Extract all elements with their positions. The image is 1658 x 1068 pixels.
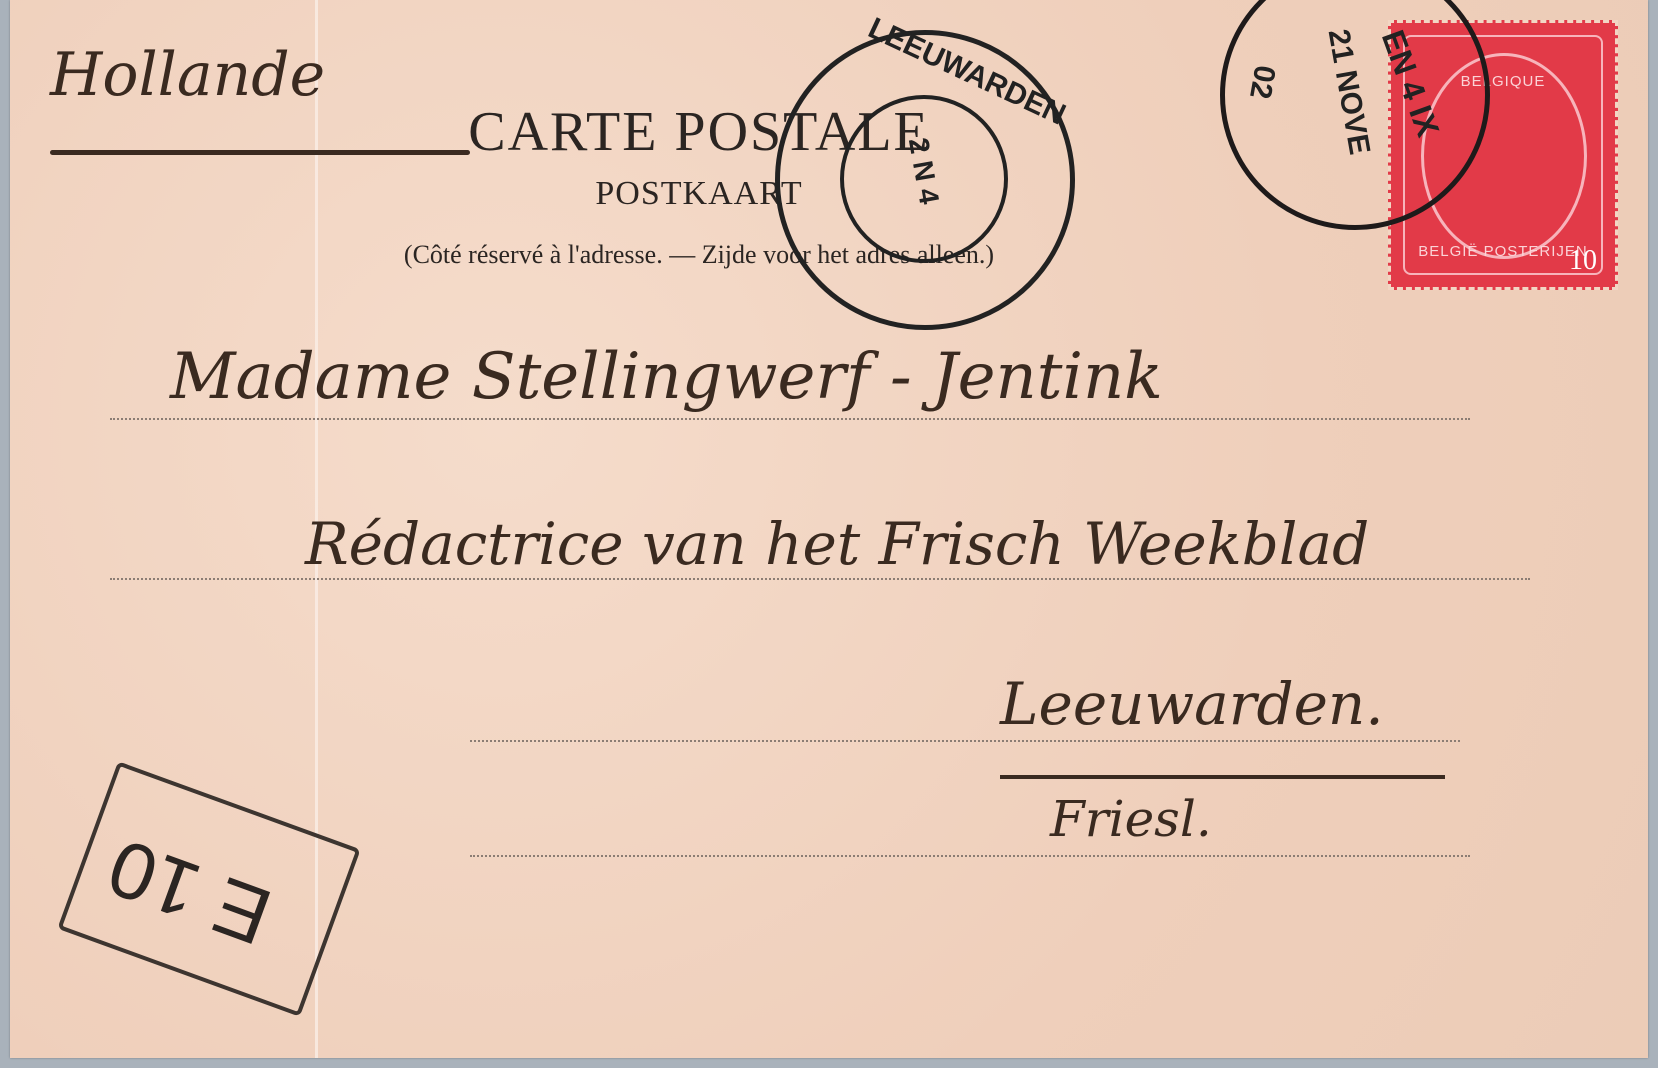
postmark-leeuwarden: LEEUWARDEN 2 N 4 xyxy=(775,30,1075,330)
city-underline xyxy=(1000,775,1445,779)
postmark-top-text: EN 4 IX xyxy=(1374,25,1446,141)
postmark-year: 02 xyxy=(1242,63,1281,102)
address-line-3: Leeuwarden. xyxy=(1000,670,1384,738)
handstamp-text: E 10 xyxy=(97,820,283,963)
address-rule-2 xyxy=(110,578,1530,580)
address-line-4: Friesl. xyxy=(1050,790,1212,848)
postmark-date: 21 NOVE xyxy=(1321,27,1376,158)
stamp-value: 10 xyxy=(1569,245,1597,277)
address-line-1: Madame Stellingwerf - Jentink xyxy=(170,340,1163,414)
postcard: Hollande CARTE POSTALE POSTKAART (Côté r… xyxy=(10,0,1648,1058)
address-rule-1 xyxy=(110,418,1470,420)
address-rule-4 xyxy=(470,855,1470,857)
address-rule-3 xyxy=(470,740,1460,742)
address-line-2: Rédactrice van het Frisch Weekblad xyxy=(305,510,1369,578)
address-side-note: (Côté réservé à l'adresse. — Zijde voor … xyxy=(0,240,1518,270)
